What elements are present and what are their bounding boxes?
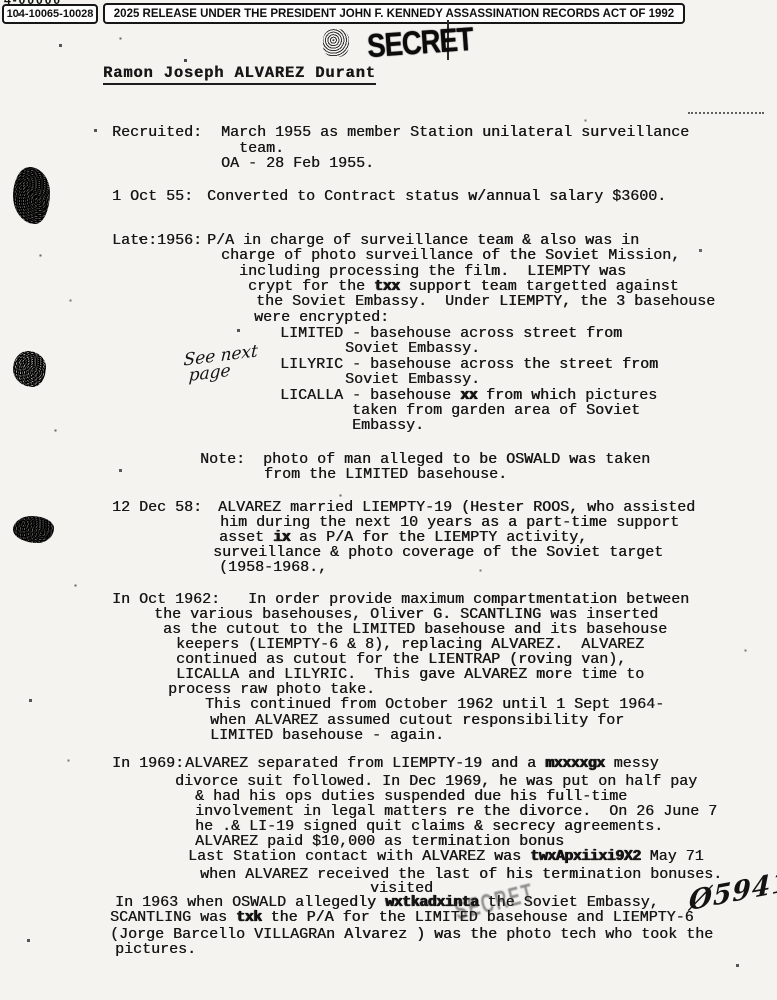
typewritten-line: (1958-1968., xyxy=(219,560,327,575)
typewritten-line: involvement in legal matters re the divo… xyxy=(195,804,717,819)
photocopy-artifact-blob xyxy=(13,167,50,224)
typewritten-line: when ALVAREZ assumed cutout responsibili… xyxy=(210,713,624,728)
typewritten-line: OA - 28 Feb 1955. xyxy=(221,156,374,171)
typewritten-line: ALVAREZ separated from LIEMPTY-19 and a … xyxy=(185,756,659,771)
typewritten-line: Soviet Embassy. xyxy=(345,372,480,387)
typewritten-line: Note: photo of man alleged to be OSWALD … xyxy=(200,452,650,467)
typewritten-line: 12 Dec 58: xyxy=(112,500,202,515)
typewritten-line: LILYRIC - basehouse across the street fr… xyxy=(280,357,658,372)
release-banner-text: 2025 RELEASE UNDER THE PRESIDENT JOHN F.… xyxy=(114,8,674,20)
page-title: Ramon Joseph ALVAREZ Durant xyxy=(103,64,376,85)
typewritten-line: LIMITED basehouse - again. xyxy=(210,728,444,743)
typewritten-line: In 1963 when OSWALD allegedly wxtkadxint… xyxy=(115,895,659,910)
typewritten-line: asset ix as P/A for the LIEMPTY activity… xyxy=(219,530,587,545)
typewritten-line: P/A in charge of surveillance team & als… xyxy=(207,233,639,248)
overstruck-text: txk xyxy=(236,909,262,926)
typewritten-line: when ALVAREZ received the last of his te… xyxy=(200,867,722,882)
typewritten-line: ALVAREZ paid $10,000 as termination bonu… xyxy=(195,834,564,849)
typewritten-line: LIMITED - basehouse across street from xyxy=(280,326,622,341)
handwritten-see-next-page-note: See next page xyxy=(182,343,258,385)
typewritten-line: (Jorge Barcello VILLAGRAn Alvarez ) was … xyxy=(110,927,713,942)
typewritten-line: In Oct 1962: xyxy=(112,592,220,607)
typewritten-line: team. xyxy=(239,141,284,156)
typewritten-line: In 1969: xyxy=(112,756,184,771)
typewritten-line: Recruited: xyxy=(112,125,202,140)
typewritten-line: Soviet Embassy. xyxy=(345,341,480,356)
typewritten-line: as the cutout to the LIMITED basehouse a… xyxy=(163,622,667,637)
typewritten-line: SCANTLING was txk the P/A for the LIMITE… xyxy=(110,910,694,925)
typewritten-line: from the LIMITED basehouse. xyxy=(264,467,507,482)
typewritten-line: he .& LI-19 signed quit claims & secrecy… xyxy=(195,819,663,834)
doc-id-text: 104-10065-10028 xyxy=(7,8,94,20)
typewritten-line: including processing the film. LIEMPTY w… xyxy=(239,264,626,279)
photocopy-noise-dots xyxy=(0,0,1,1)
secret-stamp: SECRET xyxy=(366,21,474,66)
typewritten-line: the various basehouses, Oliver G. SCANTL… xyxy=(154,607,658,622)
typewritten-line: Embassy. xyxy=(352,418,424,433)
release-banner: 2025 RELEASE UNDER THE PRESIDENT JOHN F.… xyxy=(103,3,685,24)
typewritten-line: were encrypted: xyxy=(254,310,389,325)
typewritten-line: crypt for the txx support team targetted… xyxy=(248,279,679,294)
scanned-document-page: 4-00000 104-10065-10028 2025 RELEASE UND… xyxy=(0,0,777,1000)
typewritten-line: continued as cutout for the LIENTRAP (ro… xyxy=(176,652,626,667)
overstruck-text: mxxxxgx xyxy=(545,755,605,772)
typewritten-line: divorce suit followed. In Dec 1969, he w… xyxy=(175,774,697,789)
typewritten-line: Late:1956: xyxy=(112,233,202,248)
typewritten-line: & had his ops duties suspended due his f… xyxy=(195,789,627,804)
ink-smudge-artifact xyxy=(323,29,349,57)
typewritten-line: Last Station contact with ALVAREZ was tw… xyxy=(188,849,704,864)
typewritten-line: Converted to Contract status w/annual sa… xyxy=(207,189,666,204)
typewritten-line: taken from garden area of Soviet xyxy=(352,403,640,418)
doc-id-badge: 104-10065-10028 xyxy=(2,4,98,24)
dotted-line-artifact xyxy=(688,112,764,114)
typewritten-line: pictures. xyxy=(115,942,196,957)
typewritten-line: keepers (LIEMPTY-6 & 8), replacing ALVAR… xyxy=(176,637,644,652)
typewritten-line: This continued from October 1962 until 1… xyxy=(205,697,664,712)
typewritten-line: LICALLA - basehouse xx from which pictur… xyxy=(280,388,657,403)
typewritten-line: the Soviet Embassy. Under LIEMPTY, the 3… xyxy=(256,294,715,309)
typewritten-line: 1 Oct 55: xyxy=(112,189,193,204)
photocopy-artifact-blob xyxy=(13,516,54,543)
typewritten-line: LICALLA and LILYRIC. This gave ALVAREZ m… xyxy=(176,667,644,682)
typewritten-line: surveillance & photo coverage of the Sov… xyxy=(213,545,663,560)
typewritten-line: him during the next 10 years as a part-t… xyxy=(220,515,679,530)
typewritten-line: process raw photo take. xyxy=(168,682,375,697)
typewritten-line: In order provide maximum compartmentatio… xyxy=(248,592,689,607)
photocopy-artifact-blob xyxy=(13,351,46,387)
typewritten-line: charge of photo surveillance of the Sovi… xyxy=(221,248,680,263)
overstruck-text: twxApxiixi9X2 xyxy=(530,848,641,865)
typewritten-line: ALVAREZ married LIEMPTY-19 (Hester ROOS,… xyxy=(218,500,695,515)
typewritten-line: March 1955 as member Station unilateral … xyxy=(221,125,689,140)
